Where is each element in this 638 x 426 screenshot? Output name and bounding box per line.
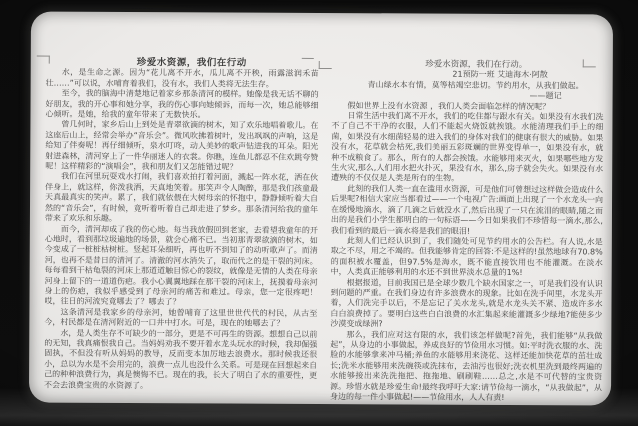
right-page-text-column: 珍爱水资源，我们在行动。 21预防一班 艾迪海木·阿散 青山绿水本有情，莫等枯竭…: [330, 59, 604, 404]
left-paragraph: 水，是生命之源。因为“花儿离不开水，瓜儿离不开秧，雨露滋润禾苗壮……”可以说，水…: [46, 68, 319, 90]
margin-crop-mark-right-page-top-left: [319, 61, 332, 69]
right-paragraph: 那么，我们应对这有限的水，我们该怎样做呢?首先，我们能够“从我做起”，从身边的小…: [330, 330, 602, 404]
left-paragraph: 这条清河是我家乡的母亲河，她曾哺育了这里世世代代的村民，从古至今，村民都是在清河…: [44, 307, 317, 329]
right-paragraph: 日常生活中我们离不开水，我们的吃住都与跟水有关。如果没有水我们洗不了自己不干净的…: [331, 111, 603, 185]
left-paragraph: 而今，清河却成了我的伤心地。每当我放假回到老家，去看望我童年的开心地时，看到那垃…: [44, 224, 317, 309]
left-paragraph: 曾几何时，家乡后山上到处是青翠欲滴的树木，知了欢乐地唱着歌儿。在这座后山上，经常…: [45, 120, 318, 173]
right-paragraph: 根据报道，目前我国已是全球少数几个缺水国家之一，可是我们没有认识到问题的严重。在…: [330, 278, 602, 331]
left-paragraph: 至今，我的脑海中清楚地记着家乡那条清河的模样。她像是我无话不聊的好朋友，我的开心…: [45, 89, 318, 122]
right-paragraph: 此刻的我们人类一直在滥用水资源，可是他们可曾想过这样做会造成什么后果呢?相信大家…: [331, 184, 603, 237]
left-paragraph: 我们在河里玩耍戏水打闹，我们喜欢拍打着河面，溅起一阵水花，洒在伙伴身上，就这样，…: [45, 172, 318, 225]
left-page-text-column: 珍爱水资源，我们在行动 水，是生命之源。因为“花儿离不开水，瓜儿离不开秧，雨露滋…: [44, 58, 319, 392]
photographed-document: 珍爱水资源，我们在行动 水，是生命之源。因为“花儿离不开水，瓜儿离不开秧，雨露滋…: [0, 0, 638, 426]
right-paragraph: 此刻人们已经认识到了，我们随处可见节约用水的公告栏。有人说,水是取之不尽，用之不…: [331, 236, 603, 279]
document-sheet: 珍爱水资源，我们在行动 水，是生命之源。因为“花儿离不开水，瓜儿离不开秧，雨露滋…: [29, 11, 613, 405]
left-paragraph: 水，是人类生存不可缺少的一部分，更是不可再生的资源。想想自己以前的无知，我真痛恨…: [44, 328, 317, 392]
essay-epigraph: 青山绿水本有情，莫等枯竭空悲切。节约用水，从我们做起。: [332, 80, 604, 92]
